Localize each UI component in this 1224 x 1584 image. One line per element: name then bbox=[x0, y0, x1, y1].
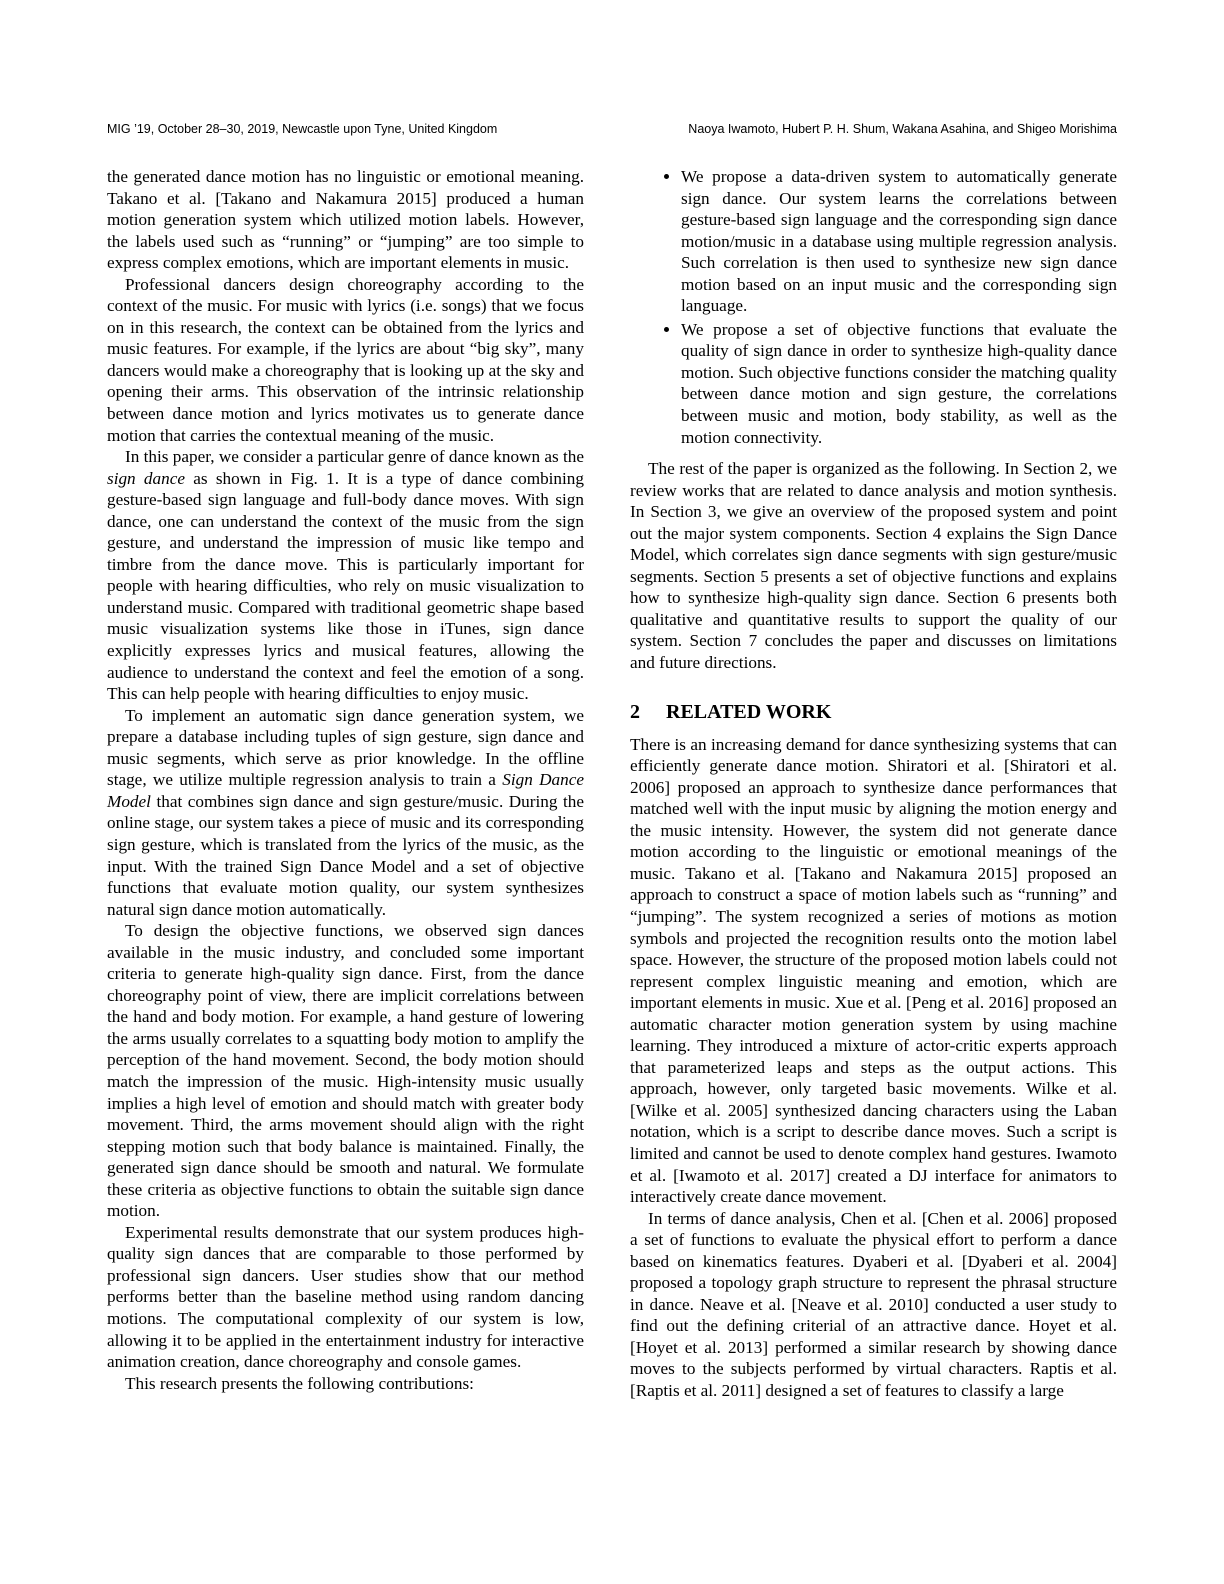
text-run: In terms of dance analysis, Chen et al. … bbox=[630, 1209, 1117, 1400]
running-header: MIG ’19, October 28–30, 2019, Newcastle … bbox=[107, 122, 1117, 137]
paragraph: There is an increasing demand for dance … bbox=[630, 734, 1117, 1208]
paragraph: In terms of dance analysis, Chen et al. … bbox=[630, 1208, 1117, 1402]
paragraph: In this paper, we consider a particular … bbox=[107, 446, 584, 705]
paper-organization: The rest of the paper is organized as th… bbox=[630, 458, 1117, 673]
text-run: There is an increasing demand for dance … bbox=[630, 735, 1117, 1206]
text-run: We propose a data-driven system to autom… bbox=[681, 167, 1117, 315]
text-run: that combines sign dance and sign gestur… bbox=[107, 792, 584, 919]
related-work-body: There is an increasing demand for dance … bbox=[630, 734, 1117, 1402]
header-conference: MIG ’19, October 28–30, 2019, Newcastle … bbox=[107, 122, 497, 137]
text-run: In this paper, we consider a particular … bbox=[125, 447, 584, 466]
section-title: RELATED WORK bbox=[666, 701, 831, 723]
left-column: the generated dance motion has no lingui… bbox=[107, 166, 584, 1394]
paragraph: Experimental results demonstrate that ou… bbox=[107, 1222, 584, 1373]
paragraph: the generated dance motion has no lingui… bbox=[107, 166, 584, 274]
text-run: This research presents the following con… bbox=[125, 1374, 474, 1393]
italic-text: sign dance bbox=[107, 469, 185, 488]
section-heading: 2RELATED WORK bbox=[630, 700, 1117, 724]
paragraph: Professional dancers design choreography… bbox=[107, 274, 584, 446]
right-column: We propose a data-driven system to autom… bbox=[630, 166, 1117, 1402]
text-run: We propose a set of objective functions … bbox=[681, 320, 1117, 447]
text-run: To design the objective functions, we ob… bbox=[107, 921, 584, 1220]
paper-page: MIG ’19, October 28–30, 2019, Newcastle … bbox=[0, 0, 1224, 1584]
section-number: 2 bbox=[630, 701, 640, 723]
text-run: The rest of the paper is organized as th… bbox=[630, 459, 1117, 672]
contributions-list: We propose a data-driven system to autom… bbox=[630, 166, 1117, 448]
paragraph: To design the objective functions, we ob… bbox=[107, 920, 584, 1222]
text-run: as shown in Fig. 1. It is a type of danc… bbox=[107, 469, 584, 703]
text-run: Professional dancers design choreography… bbox=[107, 275, 584, 445]
contribution-item: We propose a data-driven system to autom… bbox=[681, 166, 1117, 317]
text-run: the generated dance motion has no lingui… bbox=[107, 167, 584, 272]
paragraph: To implement an automatic sign dance gen… bbox=[107, 705, 584, 920]
paragraph: The rest of the paper is organized as th… bbox=[630, 458, 1117, 673]
header-authors: Naoya Iwamoto, Hubert P. H. Shum, Wakana… bbox=[688, 122, 1117, 137]
paragraph: This research presents the following con… bbox=[107, 1373, 584, 1395]
contribution-item: We propose a set of objective functions … bbox=[681, 319, 1117, 448]
text-run: Experimental results demonstrate that ou… bbox=[107, 1223, 584, 1371]
